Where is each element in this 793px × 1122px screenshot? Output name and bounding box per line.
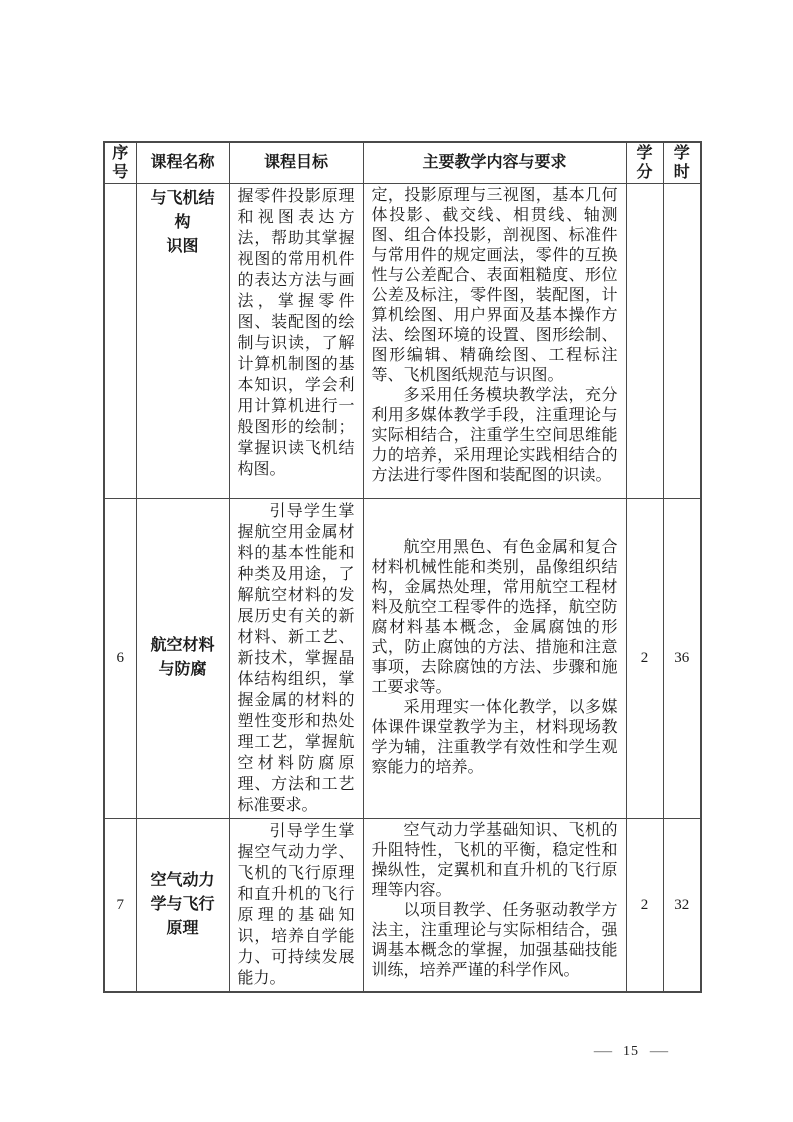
course-objective-cell: 引导学生掌握空气动力学、飞机的飞行原理和直升机的飞行原理的基础知识，培养自学能力… bbox=[229, 818, 363, 992]
header-hours-line: 时 bbox=[664, 163, 701, 182]
course-objective-cell: 握零件投影原理和视图表达方法，帮助其掌握视图的常用机件的表达方法与画法，掌握零件… bbox=[229, 183, 363, 498]
content-paragraph: 航空用黑色、有色金属和复合材料机械性能和类别，晶像组织结构，金属热处理，常用航空… bbox=[372, 538, 618, 698]
teaching-content-cell: 空气动力学基础知识、飞机的升阻特性，飞机的平衡，稳定性和操纵性，定翼机和直升机的… bbox=[363, 818, 626, 992]
hours-cell bbox=[663, 183, 701, 498]
content-paragraph: 采用理实一体化教学，以多媒体课件课堂教学为主，材料现场教学为辅，注重教学有效性和… bbox=[372, 698, 618, 778]
course-name-line: 与飞机结 bbox=[137, 187, 229, 211]
document-page: 序 号 课程名称 课程目标 主要教学内容与要求 学 分 学 时 bbox=[0, 0, 793, 1122]
content-paragraph: 空气动力学基础知识、飞机的升阻特性，飞机的平衡，稳定性和操纵性，定翼机和直升机的… bbox=[372, 821, 618, 901]
header-seq-line: 号 bbox=[105, 163, 136, 182]
course-name-line: 学与飞行 bbox=[137, 893, 229, 917]
header-credits: 学 分 bbox=[626, 142, 663, 183]
teaching-content-cell: 定，投影原理与三视图，基本几何体投影、截交线、相贯线、轴测图、组合体投影，剖视图… bbox=[363, 183, 626, 498]
credits-cell: 2 bbox=[626, 498, 663, 818]
course-name-line: 构 bbox=[137, 211, 229, 235]
objective-paragraph: 引导学生掌握航空用金属材料的基本性能和种类及用途，了解航空材料的发展历史有关的新… bbox=[238, 501, 355, 816]
course-name-line: 识图 bbox=[137, 235, 229, 259]
objective-paragraph: 握零件投影原理和视图表达方法，帮助其掌握视图的常用机件的表达方法与画法，掌握零件… bbox=[238, 186, 355, 480]
course-name-cell: 航空材料 与防腐 bbox=[136, 498, 229, 818]
header-course-name: 课程名称 bbox=[136, 142, 229, 183]
table-row-aircraft-structure-drawing: 与飞机结 构 识图 握零件投影原理和视图表达方法，帮助其掌握视图的常用机件的表达… bbox=[104, 183, 701, 498]
teaching-content-cell: 航空用黑色、有色金属和复合材料机械性能和类别，晶像组织结构，金属热处理，常用航空… bbox=[363, 498, 626, 818]
hours-cell: 36 bbox=[663, 498, 701, 818]
header-credits-line: 学 bbox=[627, 144, 663, 163]
objective-paragraph: 引导学生掌握空气动力学、飞机的飞行原理和直升机的飞行原理的基础知识，培养自学能力… bbox=[238, 821, 355, 989]
header-credits-line: 分 bbox=[627, 163, 663, 182]
seq-cell bbox=[104, 183, 136, 498]
footer-dash-left: — bbox=[594, 1044, 612, 1060]
header-teaching-content: 主要教学内容与要求 bbox=[363, 142, 626, 183]
content-paragraph: 多采用任务模块教学法，充分利用多媒体教学手段，注重理论与实际相结合，注重学生空间… bbox=[372, 386, 618, 486]
course-name-cell: 空气动力 学与飞行 原理 bbox=[136, 818, 229, 992]
header-seq: 序 号 bbox=[104, 142, 136, 183]
header-hours-line: 学 bbox=[664, 144, 701, 163]
credits-cell bbox=[626, 183, 663, 498]
header-seq-line: 序 bbox=[105, 144, 136, 163]
page-number-footer: — 15 — bbox=[596, 1044, 666, 1060]
course-table: 序 号 课程名称 课程目标 主要教学内容与要求 学 分 学 时 bbox=[103, 141, 702, 993]
course-name-line: 航空材料 bbox=[137, 634, 229, 658]
page-number: 15 bbox=[623, 1044, 639, 1060]
course-name-cell: 与飞机结 构 识图 bbox=[136, 183, 229, 498]
header-course-objective: 课程目标 bbox=[229, 142, 363, 183]
seq-cell: 7 bbox=[104, 818, 136, 992]
course-name-line: 原理 bbox=[137, 917, 229, 941]
content-paragraph: 定，投影原理与三视图，基本几何体投影、截交线、相贯线、轴测图、组合体投影，剖视图… bbox=[372, 186, 618, 386]
footer-dash-right: — bbox=[650, 1044, 668, 1060]
header-hours: 学 时 bbox=[663, 142, 701, 183]
table-row-aerodynamics-flight-principles: 7 空气动力 学与飞行 原理 引导学生掌握空气动力学、飞机的飞行原理和直升机的飞… bbox=[104, 818, 701, 992]
content-paragraph: 以项目教学、任务驱动教学方法主，注重理论与实际相结合，强调基本概念的掌握，加强基… bbox=[372, 901, 618, 981]
course-objective-cell: 引导学生掌握航空用金属材料的基本性能和种类及用途，了解航空材料的发展历史有关的新… bbox=[229, 498, 363, 818]
table-row-aviation-materials: 6 航空材料 与防腐 引导学生掌握航空用金属材料的基本性能和种类及用途，了解航空… bbox=[104, 498, 701, 818]
hours-cell: 32 bbox=[663, 818, 701, 992]
credits-cell: 2 bbox=[626, 818, 663, 992]
table-header-row: 序 号 课程名称 课程目标 主要教学内容与要求 学 分 学 时 bbox=[104, 142, 701, 183]
course-name-line: 空气动力 bbox=[137, 869, 229, 893]
seq-cell: 6 bbox=[104, 498, 136, 818]
course-name-line: 与防腐 bbox=[137, 658, 229, 682]
